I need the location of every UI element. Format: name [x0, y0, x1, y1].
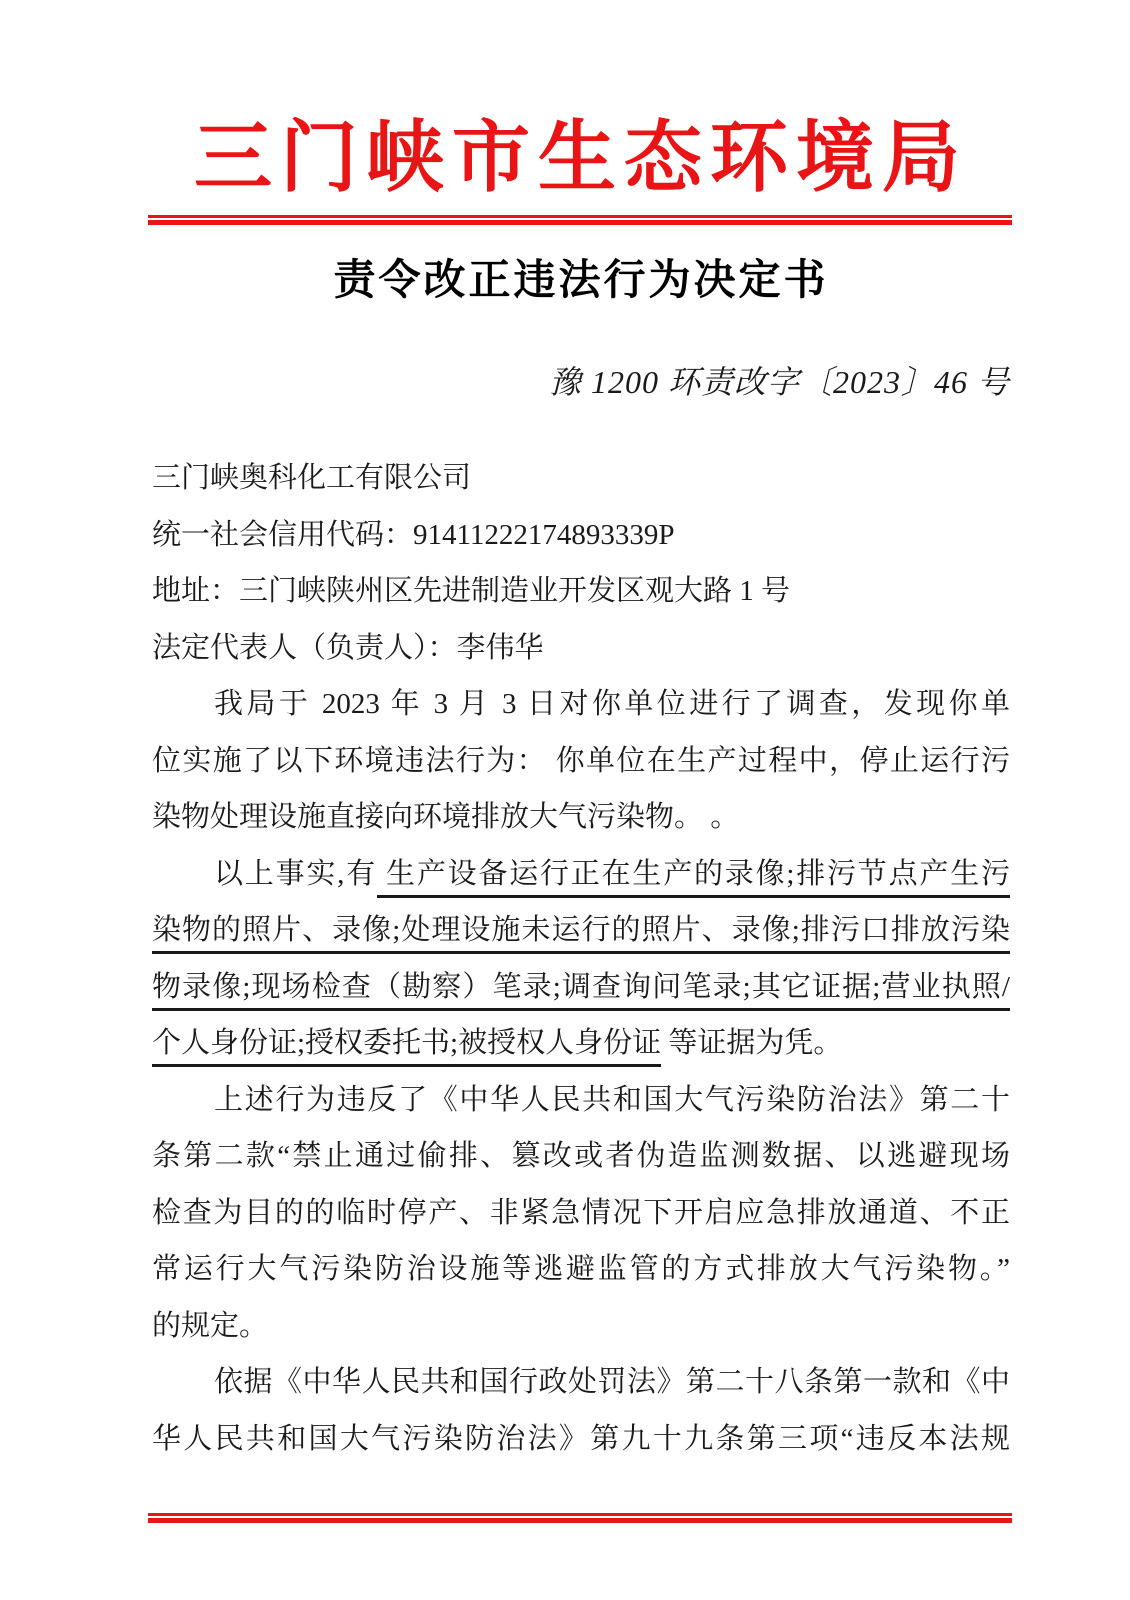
- document-line: 地址：三门峡陕州区先进制造业开发区观大路 1 号: [152, 563, 1010, 620]
- document-line: 法定代表人（负责人）：李伟华: [152, 620, 1010, 677]
- footer-rule: [148, 1513, 1012, 1523]
- document-line: 个人身份证;授权委托书;被授权人身份证 等证据为凭。: [152, 1015, 1010, 1072]
- document-line: 上述行为违反了《中华人民共和国大气污染防治法》第二十: [152, 1072, 1010, 1129]
- body-text: 地址：三门峡陕州区先进制造业开发区观大路 1 号: [152, 575, 790, 607]
- document-line: 的规定。: [152, 1298, 1010, 1355]
- document-line: 位实施了以下环境违法行为： 你单位在生产过程中，停止运行污: [152, 733, 1010, 790]
- document-line: 物录像;现场检查（勘察）笔录;调查询问笔录;其它证据;营业执照/: [152, 959, 1010, 1016]
- body-text: 染物处理设施直接向环境排放大气污染物。 。: [152, 801, 739, 833]
- underlined-evidence-text: 物录像;现场检查（勘察）笔录;调查询问笔录;其它证据;营业执照/: [152, 971, 1010, 1011]
- body-text: 以上事实,有: [214, 858, 377, 890]
- body-text: 我局于 2023 年 3 月 3 日对你单位进行了调查，发现你单: [214, 688, 1010, 720]
- letterhead-rule-thick-line: [148, 220, 1012, 225]
- underlined-evidence-text: 染物的照片、录像;处理设施未运行的照片、录像;排污口排放污染: [152, 914, 1010, 954]
- document-line: 检查为目的的临时停产、非紧急情况下开启应急排放通道、不正: [152, 1185, 1010, 1242]
- letterhead-rule: [148, 215, 1012, 225]
- document-number: 豫 1200 环责改字〔2023〕46 号: [152, 356, 1010, 408]
- underlined-evidence-text: 个人身份证;授权委托书;被授权人身份证: [152, 1027, 661, 1067]
- body-text: 三门峡奥科化工有限公司: [152, 462, 471, 494]
- document-page: 三门峡市生态环境局 责令改正违法行为决定书 豫 1200 环责改字〔2023〕4…: [0, 0, 1130, 1600]
- body-text: 法定代表人（负责人）：李伟华: [152, 632, 544, 664]
- document-line: 我局于 2023 年 3 月 3 日对你单位进行了调查，发现你单: [152, 676, 1010, 733]
- document-line: 染物的照片、录像;处理设施未运行的照片、录像;排污口排放污染: [152, 902, 1010, 959]
- body-text: 依据《中华人民共和国行政处罚法》第二十八条第一款和《中: [214, 1366, 1010, 1398]
- document-line: 三门峡奥科化工有限公司: [152, 450, 1010, 507]
- footer-rule-thick-line: [148, 1518, 1012, 1523]
- document-line: 依据《中华人民共和国行政处罚法》第二十八条第一款和《中: [152, 1354, 1010, 1411]
- body-text: 等证据为凭。: [661, 1027, 842, 1059]
- document-line: 华人民共和国大气污染防治法》第九十九条第三项“违反本法规: [152, 1411, 1010, 1468]
- document-line: 条第二款“禁止通过偷排、篡改或者伪造监测数据、以逃避现场: [152, 1128, 1010, 1185]
- body-text: 华人民共和国大气污染防治法》第九十九条第三项“违反本法规: [152, 1423, 1010, 1455]
- underlined-evidence-text: 生产设备运行正在生产的录像;排污节点产生污: [377, 858, 1010, 898]
- agency-name: 三门峡市生态环境局: [152, 108, 1010, 208]
- document-title: 责令改正违法行为决定书: [152, 250, 1010, 312]
- body-text: 检查为目的的临时停产、非紧急情况下开启应急排放通道、不正: [152, 1197, 1010, 1229]
- body-text: 的规定。: [152, 1310, 268, 1342]
- body-text: 统一社会信用代码：91411222174893339P: [152, 519, 675, 551]
- body-text: 上述行为违反了《中华人民共和国大气污染防治法》第二十: [214, 1084, 1010, 1116]
- document-line: 常运行大气污染防治设施等逃避监管的方式排放大气污染物。”: [152, 1241, 1010, 1298]
- document-body: 三门峡奥科化工有限公司统一社会信用代码：91411222174893339P地址…: [152, 450, 1010, 1467]
- body-text: 条第二款“禁止通过偷排、篡改或者伪造监测数据、以逃避现场: [152, 1140, 1010, 1172]
- document-line: 以上事实,有 生产设备运行正在生产的录像;排污节点产生污: [152, 846, 1010, 903]
- body-text: 常运行大气污染防治设施等逃避监管的方式排放大气污染物。”: [152, 1253, 1010, 1285]
- body-text: 位实施了以下环境违法行为： 你单位在生产过程中，停止运行污: [152, 745, 1010, 777]
- document-line: 统一社会信用代码：91411222174893339P: [152, 507, 1010, 564]
- document-line: 染物处理设施直接向环境排放大气污染物。 。: [152, 789, 1010, 846]
